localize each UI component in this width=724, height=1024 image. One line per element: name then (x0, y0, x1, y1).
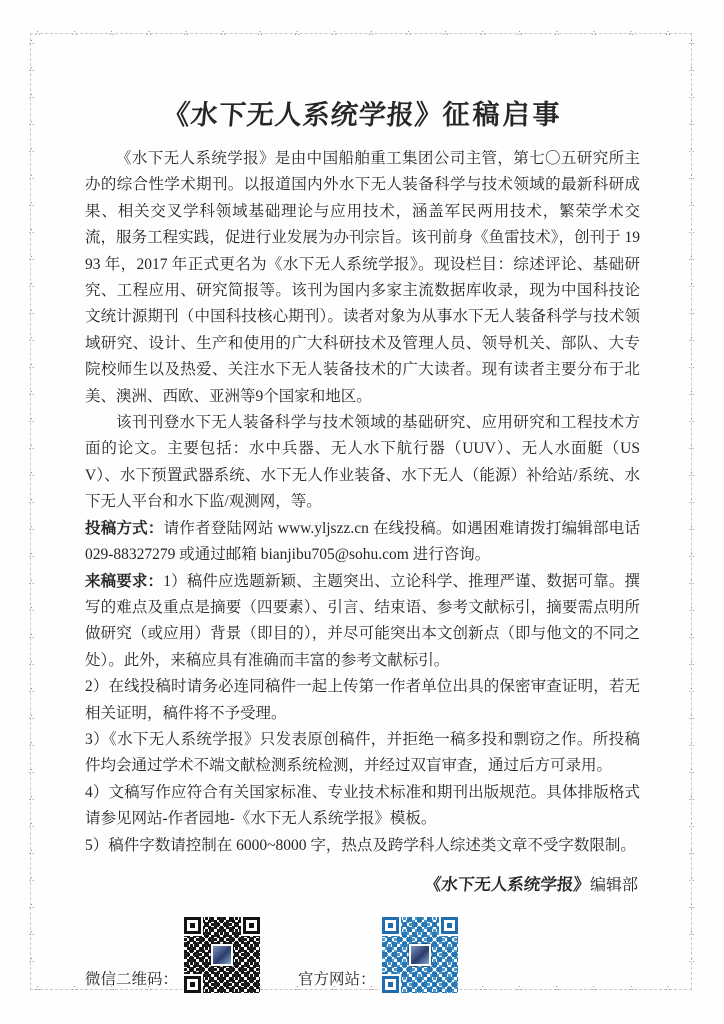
submission-mid2-text: 或通过邮箱 (175, 546, 260, 563)
qr-center-logo (211, 944, 233, 966)
submission-paragraph: 投稿方式：请作者登陆网站 www.yljszz.cn 在线投稿。如遇困难请拨打编… (85, 516, 640, 569)
qr-finder-icon (441, 917, 458, 934)
qr-finder-icon (184, 976, 201, 993)
border-ornament-right: ∴ ∴ ∴ ∴ ∴ ∴ ∴ ∴ ∴ ∴ ∴ ∴ ∴ ∴ ∴ ∴ ∴ ∴ ∴ ∴ … (685, 38, 697, 985)
requirements-item-5: 5）稿件字数请控制在 6000~8000 字，热点及跨学科人综述类文章不受字数限… (85, 833, 640, 859)
submission-label: 投稿方式： (85, 520, 164, 537)
submission-tail-text: 进行咨询。 (409, 546, 490, 563)
signature-journal-name: 《水下无人系统学报》 (424, 871, 591, 895)
website-qr-label: 官方网站： (298, 969, 376, 993)
signature-dept: 编辑部 (590, 877, 638, 894)
document-content: 《水下无人系统学报》征稿启事 《水下无人系统学报》是由中国船舶重工集团公司主管，… (85, 33, 640, 993)
border-ornament-left: ∴ ∴ ∴ ∴ ∴ ∴ ∴ ∴ ∴ ∴ ∴ ∴ ∴ ∴ ∴ ∴ ∴ ∴ ∴ ∴ … (25, 38, 37, 985)
page-title: 《水下无人系统学报》征稿启事 (85, 93, 640, 132)
requirements-item-3: 3）《水下无人系统学报》只发表原创稿件，并拒绝一稿多投和剽窃之作。所投稿件均会通… (85, 727, 640, 780)
qr-center-logo (409, 944, 431, 966)
editorial-email: bianjibu705@sohu.com (261, 546, 409, 563)
scope-paragraph: 该刊刊登水下无人装备科学与技术领域的基础研究、应用研究和工程技术方面的论文。主要… (85, 410, 640, 516)
journal-name-calligraphy: 《水下无人系统学报》 (161, 93, 444, 132)
signature-line: 《水下无人系统学报》编辑部 (85, 871, 640, 895)
wechat-qr-label: 微信二维码： (85, 969, 178, 993)
requirements-item-1: 来稿要求：1）稿件应选题新颖、主题突出、立论科学、推理严谨、数据可靠。撰写的难点… (85, 569, 640, 675)
intro-paragraph: 《水下无人系统学报》是由中国船舶重工集团公司主管，第七〇五研究所主办的综合性学术… (85, 146, 640, 410)
qr-finder-icon (382, 917, 399, 934)
qr-code-section: 微信二维码： 官方网站： (85, 917, 640, 993)
qr-finder-icon (243, 917, 260, 934)
journal-website-url: www.yljszz.cn (278, 520, 369, 537)
title-suffix: 征稿启事 (443, 100, 563, 130)
qr-finder-icon (382, 976, 399, 993)
editorial-phone: 029-88327279 (85, 546, 175, 563)
wechat-qr-code-image (184, 917, 260, 993)
document-page: { "border": { "motif": "∴", "color": "#8… (0, 0, 724, 1024)
submission-pre-text: 请作者登陆网站 (164, 520, 278, 537)
requirement-1-text: 1）稿件应选题新颖、主题突出、立论科学、推理严谨、数据可靠。撰写的难点及重点是摘… (85, 573, 640, 669)
requirements-label: 来稿要求： (85, 573, 163, 590)
submission-mid-text: 在线投稿。如遇困难请拨打编辑部电话 (369, 520, 640, 537)
qr-finder-icon (184, 917, 201, 934)
requirements-item-4: 4）文稿写作应符合有关国家标准、专业技术标准和期刊出版规范。具体排版格式请参见网… (85, 780, 640, 833)
document-body: 《水下无人系统学报》是由中国船舶重工集团公司主管，第七〇五研究所主办的综合性学术… (85, 146, 640, 859)
requirements-item-2: 2）在线投稿时请务必连同稿件一起上传第一作者单位出具的保密审查证明，若无相关证明… (85, 674, 640, 727)
official-website-qr-code-image (382, 917, 458, 993)
